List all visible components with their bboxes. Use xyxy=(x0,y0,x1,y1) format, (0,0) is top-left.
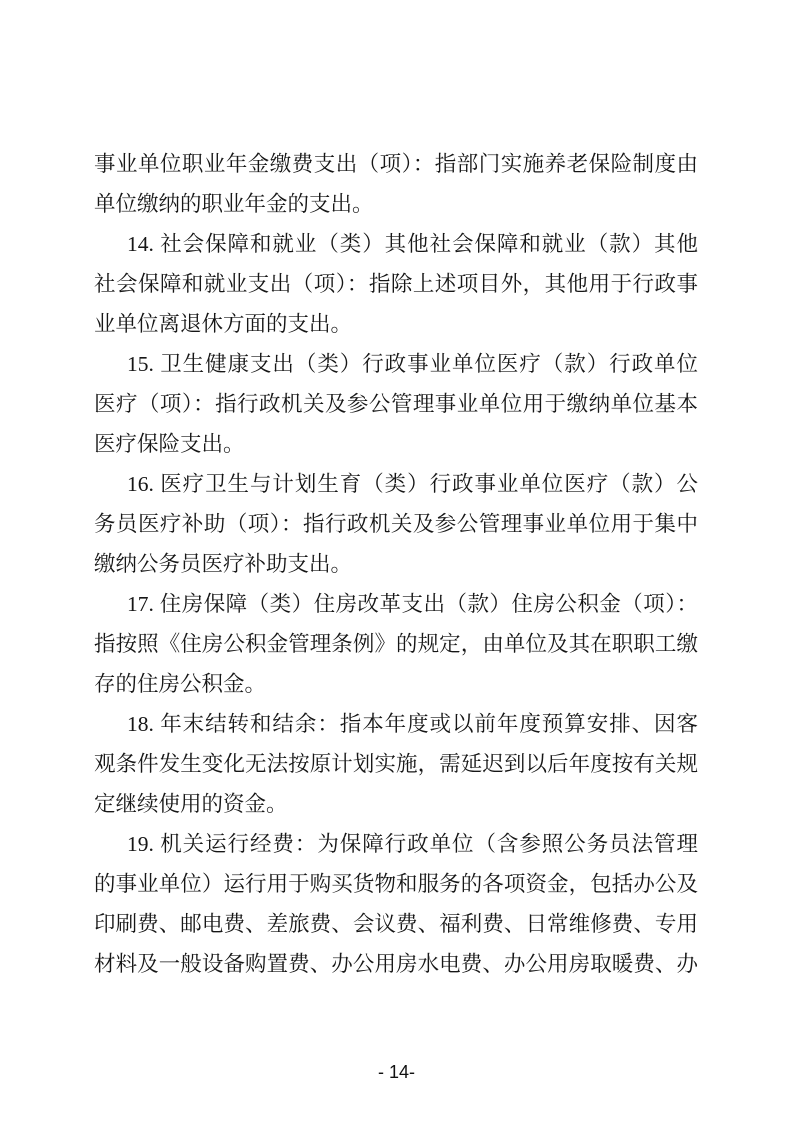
text-line: 18. 年末结转和结余：指本年度或以前年度预算安排、因客 xyxy=(94,704,698,744)
text-line: 观条件发生变化无法按原计划实施，需延迟到以后年度按有关规 xyxy=(94,744,698,784)
text-line: 19. 机关运行经费：为保障行政单位（含参照公务员法管理 xyxy=(94,824,698,864)
text-line: 材料及一般设备购置费、办公用房水电费、办公用房取暖费、办 xyxy=(94,944,698,984)
text-line: 14. 社会保障和就业（类）其他社会保障和就业（款）其他 xyxy=(94,224,698,264)
text-line: 17. 住房保障（类）住房改革支出（款）住房公积金（项）： xyxy=(94,584,698,624)
text-line: 印刷费、邮电费、差旅费、会议费、福利费、日常维修费、专用 xyxy=(94,904,698,944)
page-number: - 14- xyxy=(0,1062,793,1083)
text-line: 医疗保险支出。 xyxy=(94,424,698,464)
text-line: 单位缴纳的职业年金的支出。 xyxy=(94,184,698,224)
text-line: 医疗（项）：指行政机关及参公管理事业单位用于缴纳单位基本 xyxy=(94,384,698,424)
text-line: 15. 卫生健康支出（类）行政事业单位医疗（款）行政单位 xyxy=(94,344,698,384)
document-page: 事业单位职业年金缴费支出（项）：指部门实施养老保险制度由单位缴纳的职业年金的支出… xyxy=(0,0,793,1122)
text-line: 定继续使用的资金。 xyxy=(94,784,698,824)
text-line: 缴纳公务员医疗补助支出。 xyxy=(94,544,698,584)
text-line: 存的住房公积金。 xyxy=(94,664,698,704)
text-line: 的事业单位）运行用于购买货物和服务的各项资金，包括办公及 xyxy=(94,864,698,904)
text-line: 务员医疗补助（项）：指行政机关及参公管理事业单位用于集中 xyxy=(94,504,698,544)
text-line: 事业单位职业年金缴费支出（项）：指部门实施养老保险制度由 xyxy=(94,144,698,184)
text-line: 社会保障和就业支出（项）：指除上述项目外，其他用于行政事 xyxy=(94,264,698,304)
text-line: 指按照《住房公积金管理条例》的规定，由单位及其在职职工缴 xyxy=(94,624,698,664)
text-line: 业单位离退休方面的支出。 xyxy=(94,304,698,344)
document-body: 事业单位职业年金缴费支出（项）：指部门实施养老保险制度由单位缴纳的职业年金的支出… xyxy=(94,144,698,984)
text-line: 16. 医疗卫生与计划生育（类）行政事业单位医疗（款）公 xyxy=(94,464,698,504)
